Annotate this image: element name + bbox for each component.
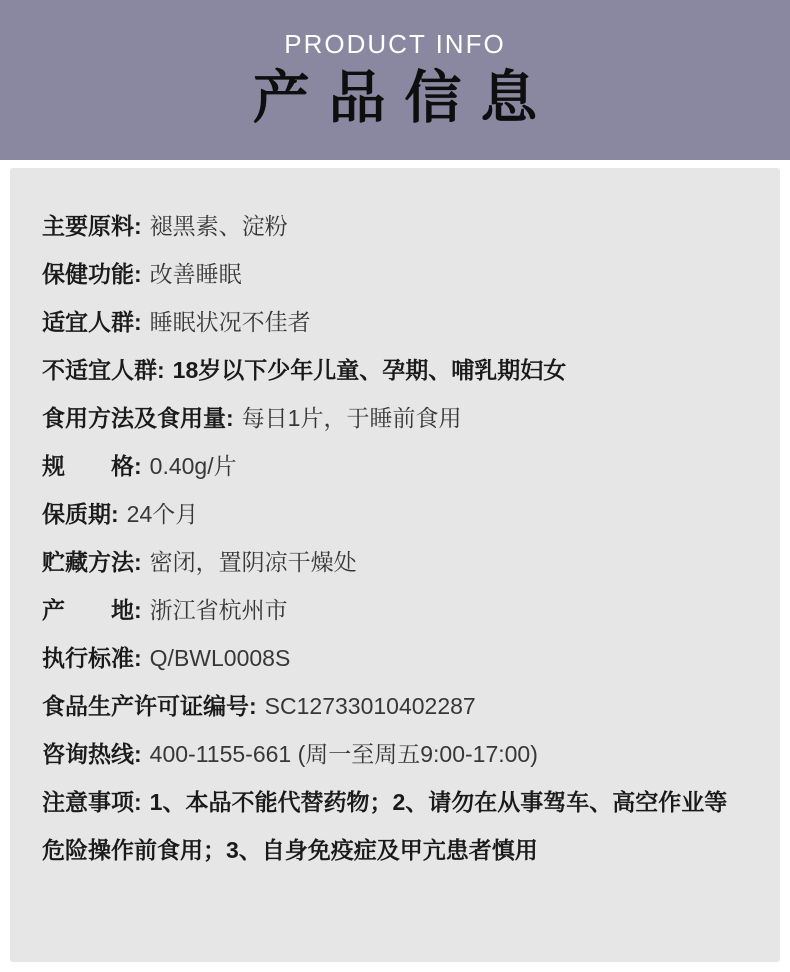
info-label: 食用方法及食用量: <box>42 405 234 431</box>
info-value: 24个月 <box>127 501 199 527</box>
info-value: Q/BWL0008S <box>150 645 291 671</box>
info-value: SC12733010402287 <box>265 693 476 719</box>
page-title: 产品信息 <box>0 67 790 130</box>
info-row-usage-dosage: 食用方法及食用量:每日1片，于睡前食用 <box>42 394 744 442</box>
info-row-specification: 规 格:0.40g/片 <box>42 442 744 490</box>
info-row-hotline: 咨询热线:400-1155-661 (周一至周五9:00-17:00) <box>42 730 744 778</box>
info-value: 18岁以下少年儿童、孕期、哺乳期妇女 <box>173 357 567 383</box>
info-row-place-of-origin: 产 地:浙江省杭州市 <box>42 586 744 634</box>
info-value: 改善睡眠 <box>150 261 242 287</box>
info-label: 规 格: <box>42 453 142 479</box>
header-banner: PRODUCT INFO 产品信息 <box>0 0 790 160</box>
info-label: 咨询热线: <box>42 741 142 767</box>
info-value: 1、本品不能代替药物；2、请勿在从事驾车、高空作业等危险操作前食用；3、自身免疫… <box>42 789 727 863</box>
info-value: 密闭，置阴凉干燥处 <box>150 549 357 575</box>
info-value: 浙江省杭州市 <box>150 597 288 623</box>
info-row-health-function: 保健功能:改善睡眠 <box>42 250 744 298</box>
info-label: 不适宜人群: <box>42 357 165 383</box>
info-label: 注意事项: <box>42 789 142 815</box>
info-row-main-ingredients: 主要原料:褪黑素、淀粉 <box>42 202 744 250</box>
info-value: 每日1片，于睡前食用 <box>242 405 462 431</box>
info-row-standard: 执行标准:Q/BWL0008S <box>42 634 744 682</box>
info-row-suitable-people: 适宜人群:睡眠状况不佳者 <box>42 298 744 346</box>
info-value: 褪黑素、淀粉 <box>150 213 288 239</box>
info-row-unsuitable-people: 不适宜人群:18岁以下少年儿童、孕期、哺乳期妇女 <box>42 346 744 394</box>
info-row-precautions: 注意事项:1、本品不能代替药物；2、请勿在从事驾车、高空作业等危险操作前食用；3… <box>42 778 744 874</box>
product-info-page: PRODUCT INFO 产品信息 主要原料:褪黑素、淀粉 保健功能:改善睡眠 … <box>0 0 790 972</box>
info-label: 适宜人群: <box>42 309 142 335</box>
info-label: 保健功能: <box>42 261 142 287</box>
info-label: 食品生产许可证编号: <box>42 693 257 719</box>
info-row-storage-method: 贮藏方法:密闭，置阴凉干燥处 <box>42 538 744 586</box>
info-row-license-number: 食品生产许可证编号:SC12733010402287 <box>42 682 744 730</box>
info-label: 保质期: <box>42 501 119 527</box>
info-row-shelf-life: 保质期:24个月 <box>42 490 744 538</box>
info-label: 贮藏方法: <box>42 549 142 575</box>
info-label: 执行标准: <box>42 645 142 671</box>
info-value: 睡眠状况不佳者 <box>150 309 311 335</box>
info-value: 400-1155-661 (周一至周五9:00-17:00) <box>150 741 538 767</box>
info-label: 主要原料: <box>42 213 142 239</box>
header-subtitle-en: PRODUCT INFO <box>0 31 790 58</box>
info-card: 主要原料:褪黑素、淀粉 保健功能:改善睡眠 适宜人群:睡眠状况不佳者 不适宜人群… <box>10 168 780 962</box>
info-value: 0.40g/片 <box>150 453 237 479</box>
info-label: 产 地: <box>42 597 142 623</box>
